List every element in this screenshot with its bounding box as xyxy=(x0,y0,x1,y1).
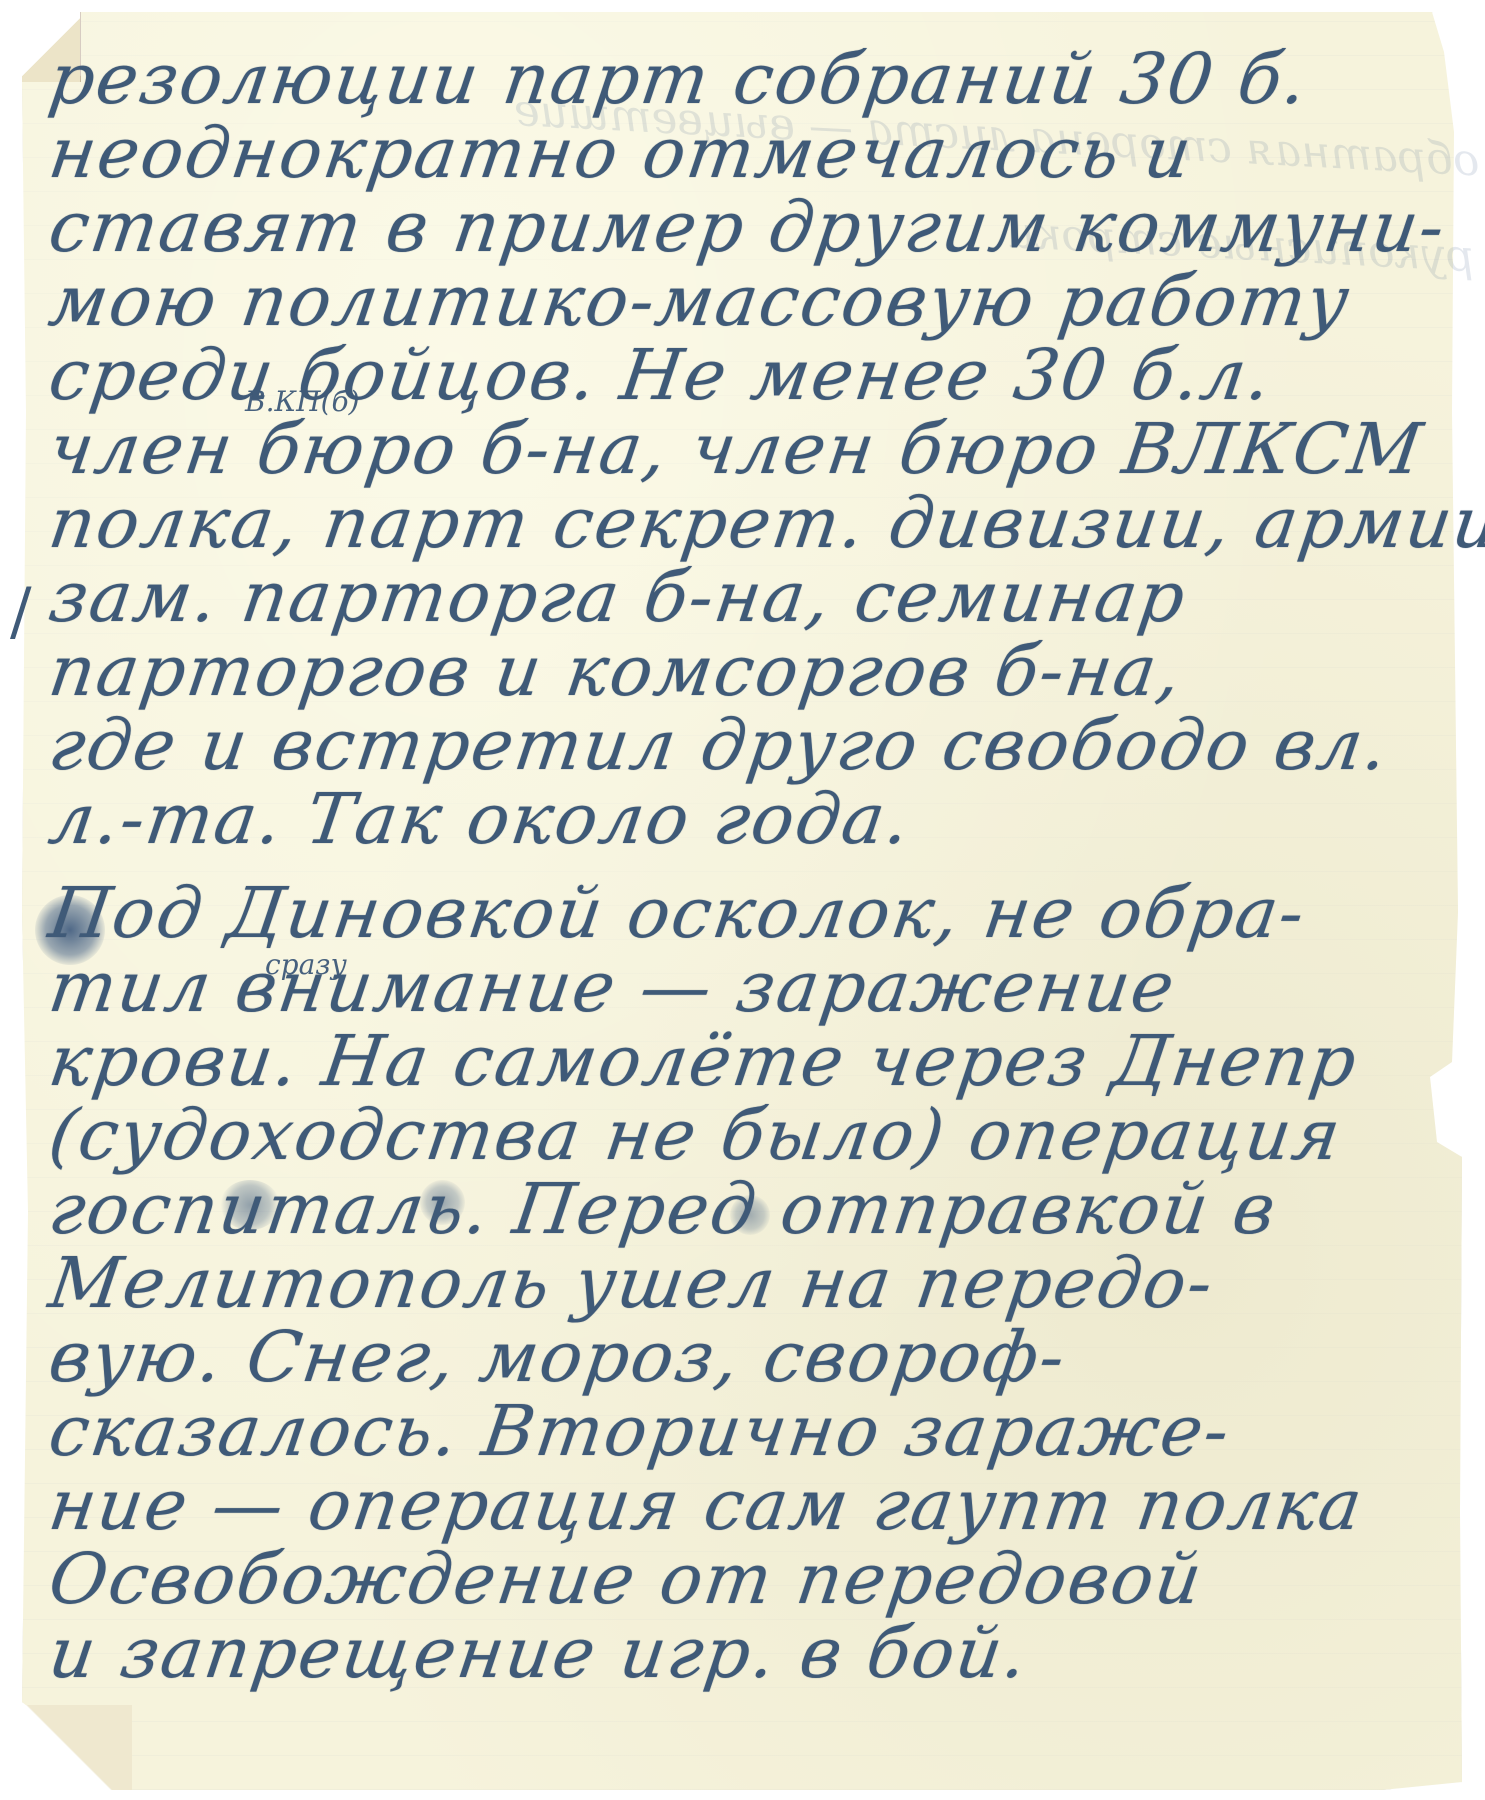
text-line: полка, парт секрет. дивизии, армии, xyxy=(45,486,1455,560)
text-line: госпиталь. Перед отправкой в xyxy=(45,1172,1455,1246)
text-line: мою политико-массовую работу xyxy=(45,264,1455,338)
text-line: среди бойцов. Не менее 30 б.л. xyxy=(45,338,1455,412)
text-line: неоднократно отмечалось и xyxy=(45,116,1455,190)
text-line: ние — операция сам гаупт полка xyxy=(45,1468,1455,1542)
text-line: и запрещение игр. в бой. xyxy=(45,1616,1455,1690)
text-line: вую. Снег, мороз, свороф- xyxy=(45,1320,1455,1394)
text-line: резолюции парт собраний 30 б. xyxy=(45,42,1455,116)
folded-corner-bottom-left xyxy=(12,1705,132,1790)
text-line: л.-та. Так около года. xyxy=(45,782,1455,856)
text-line: где и встретил друго свободо вл. xyxy=(45,708,1455,782)
text-line: парторгов и комсоргов б-на, xyxy=(45,634,1455,708)
handwritten-text: резолюции парт собраний 30 б. неоднократ… xyxy=(50,42,1450,1690)
text-line: зам. парторга б-на, семинар xyxy=(45,560,1455,634)
text-line: ставят в пример другим коммуни- xyxy=(45,190,1455,264)
margin-mark: / xyxy=(10,575,32,649)
text-line: крови. На самолёте через Днепр xyxy=(45,1024,1455,1098)
text-line: Под Диновкой осколок, не обра- xyxy=(45,876,1455,950)
text-line: Освобождение от передовой xyxy=(45,1542,1455,1616)
text-line: (судоходства не было) операция xyxy=(45,1098,1455,1172)
text-line: тил внимание — заражение xyxy=(45,950,1455,1024)
text-line: сказалось. Вторично зараже- xyxy=(45,1394,1455,1468)
text-line: Мелитополь ушел на передо- xyxy=(45,1246,1455,1320)
text-line: член бюро б-на, член бюро ВЛКСМ xyxy=(45,412,1455,486)
